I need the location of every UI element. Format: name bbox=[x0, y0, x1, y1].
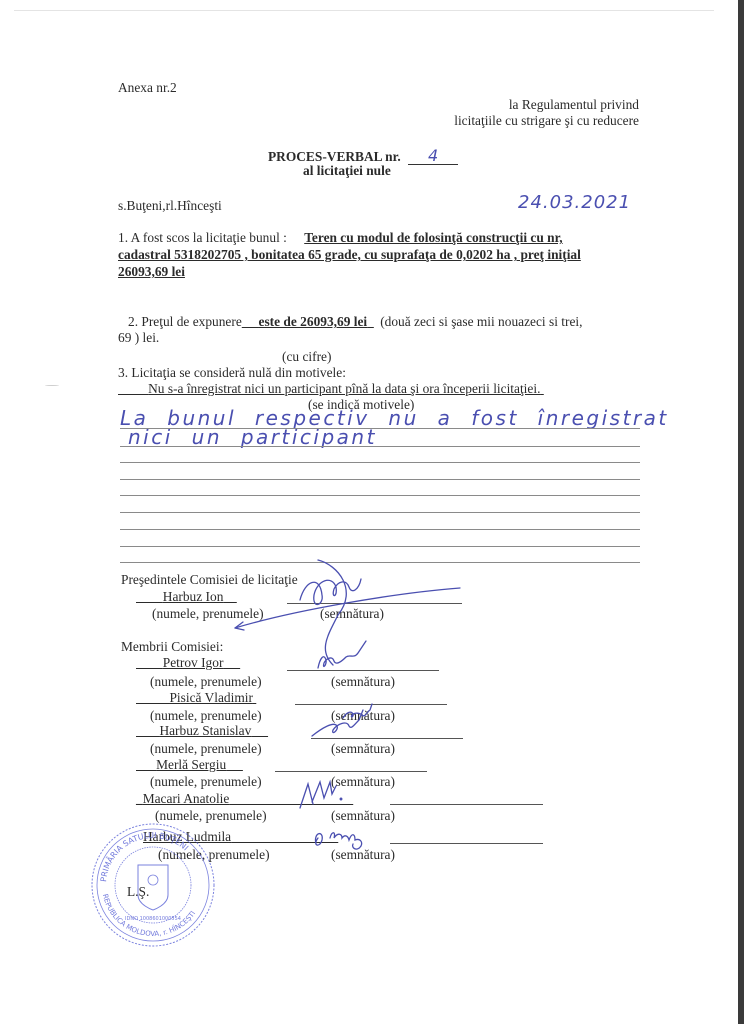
member-signature-icon bbox=[300, 782, 342, 808]
member-signature-icon bbox=[343, 704, 372, 718]
member-signature-icon bbox=[315, 833, 361, 849]
president-signature-icon bbox=[235, 560, 460, 665]
member-signature-icon bbox=[312, 710, 363, 736]
svg-text:IDNO 1008601000554: IDNO 1008601000554 bbox=[125, 916, 181, 922]
official-stamp-icon: PRIMĂRIA SATULUI BUŢENI REPUBLICA MOLDOV… bbox=[88, 820, 218, 950]
seal-label: L.Ş. bbox=[127, 885, 149, 898]
